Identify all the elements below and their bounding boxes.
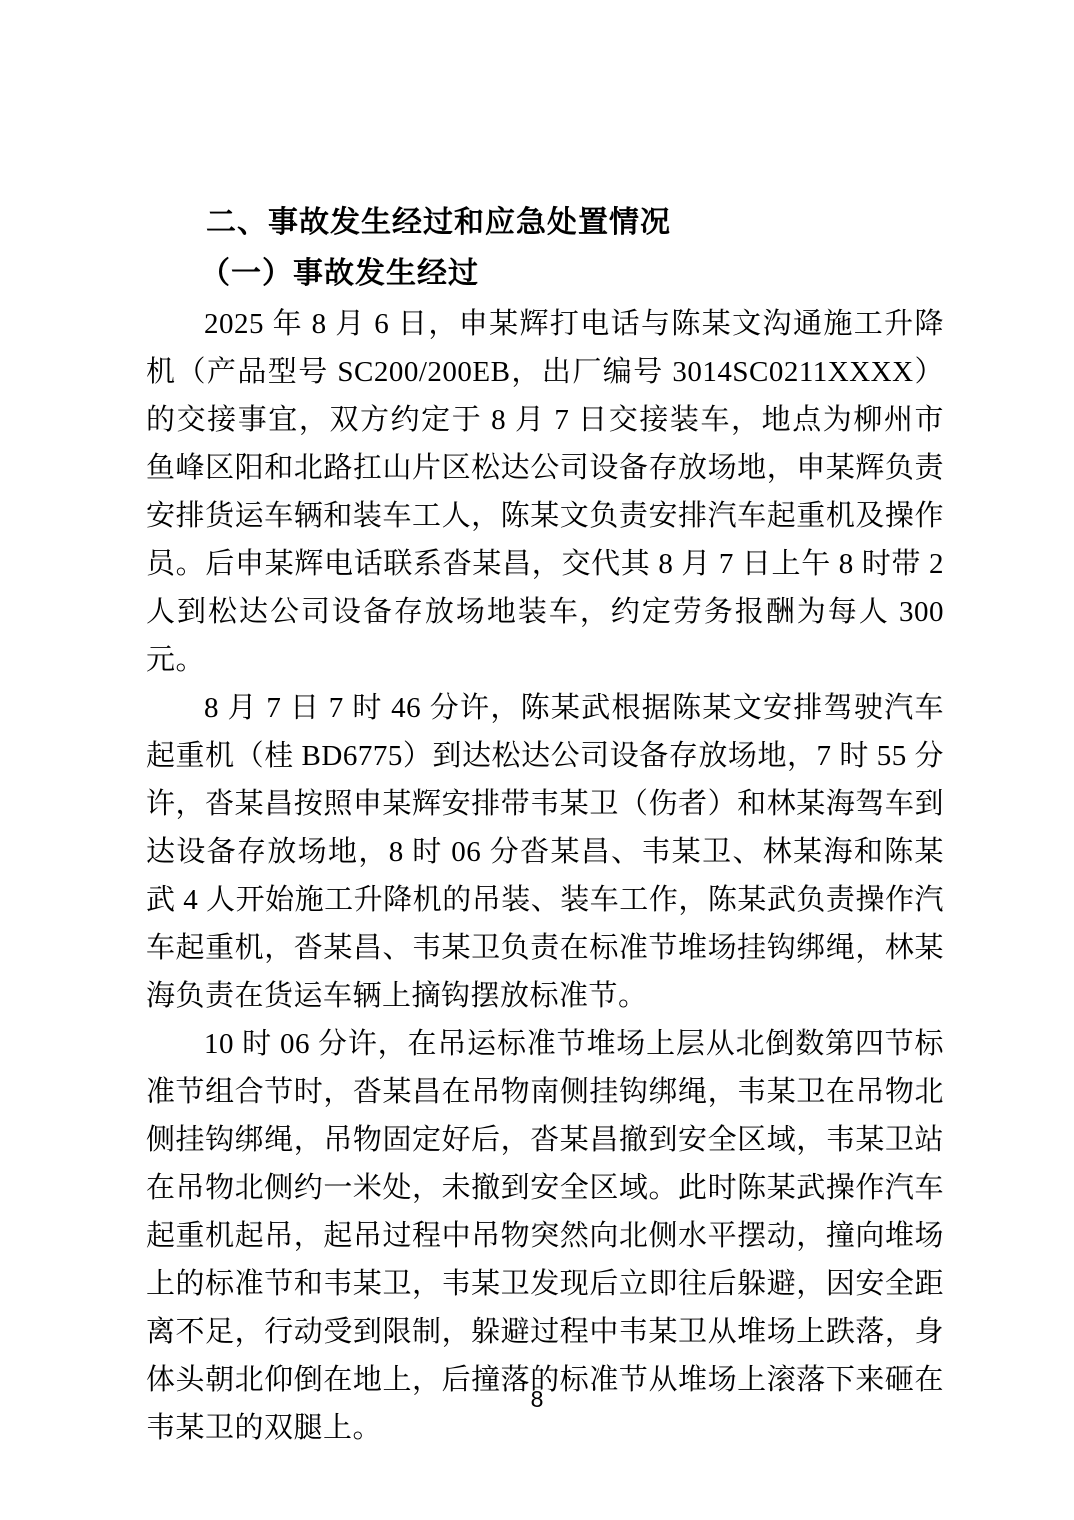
page-footer: 8 — [0, 1386, 1074, 1413]
page-number: 8 — [531, 1386, 544, 1412]
paragraph-loading-work: 8 月 7 日 7 时 46 分许，陈某武根据陈某文安排驾驶汽车起重机（桂 BD… — [146, 684, 944, 1020]
subsection-heading: （一）事故发生经过 — [146, 248, 944, 300]
document-content: 二、事故发生经过和应急处置情况 （一）事故发生经过 2025 年 8 月 6 日… — [146, 198, 944, 1452]
document-page: 二、事故发生经过和应急处置情况 （一）事故发生经过 2025 年 8 月 6 日… — [0, 0, 1074, 1520]
paragraph-accident-arrangement: 2025 年 8 月 6 日，申某辉打电话与陈某文沟通施工升降机（产品型号 SC… — [146, 300, 944, 684]
section-heading: 二、事故发生经过和应急处置情况 — [146, 198, 944, 248]
